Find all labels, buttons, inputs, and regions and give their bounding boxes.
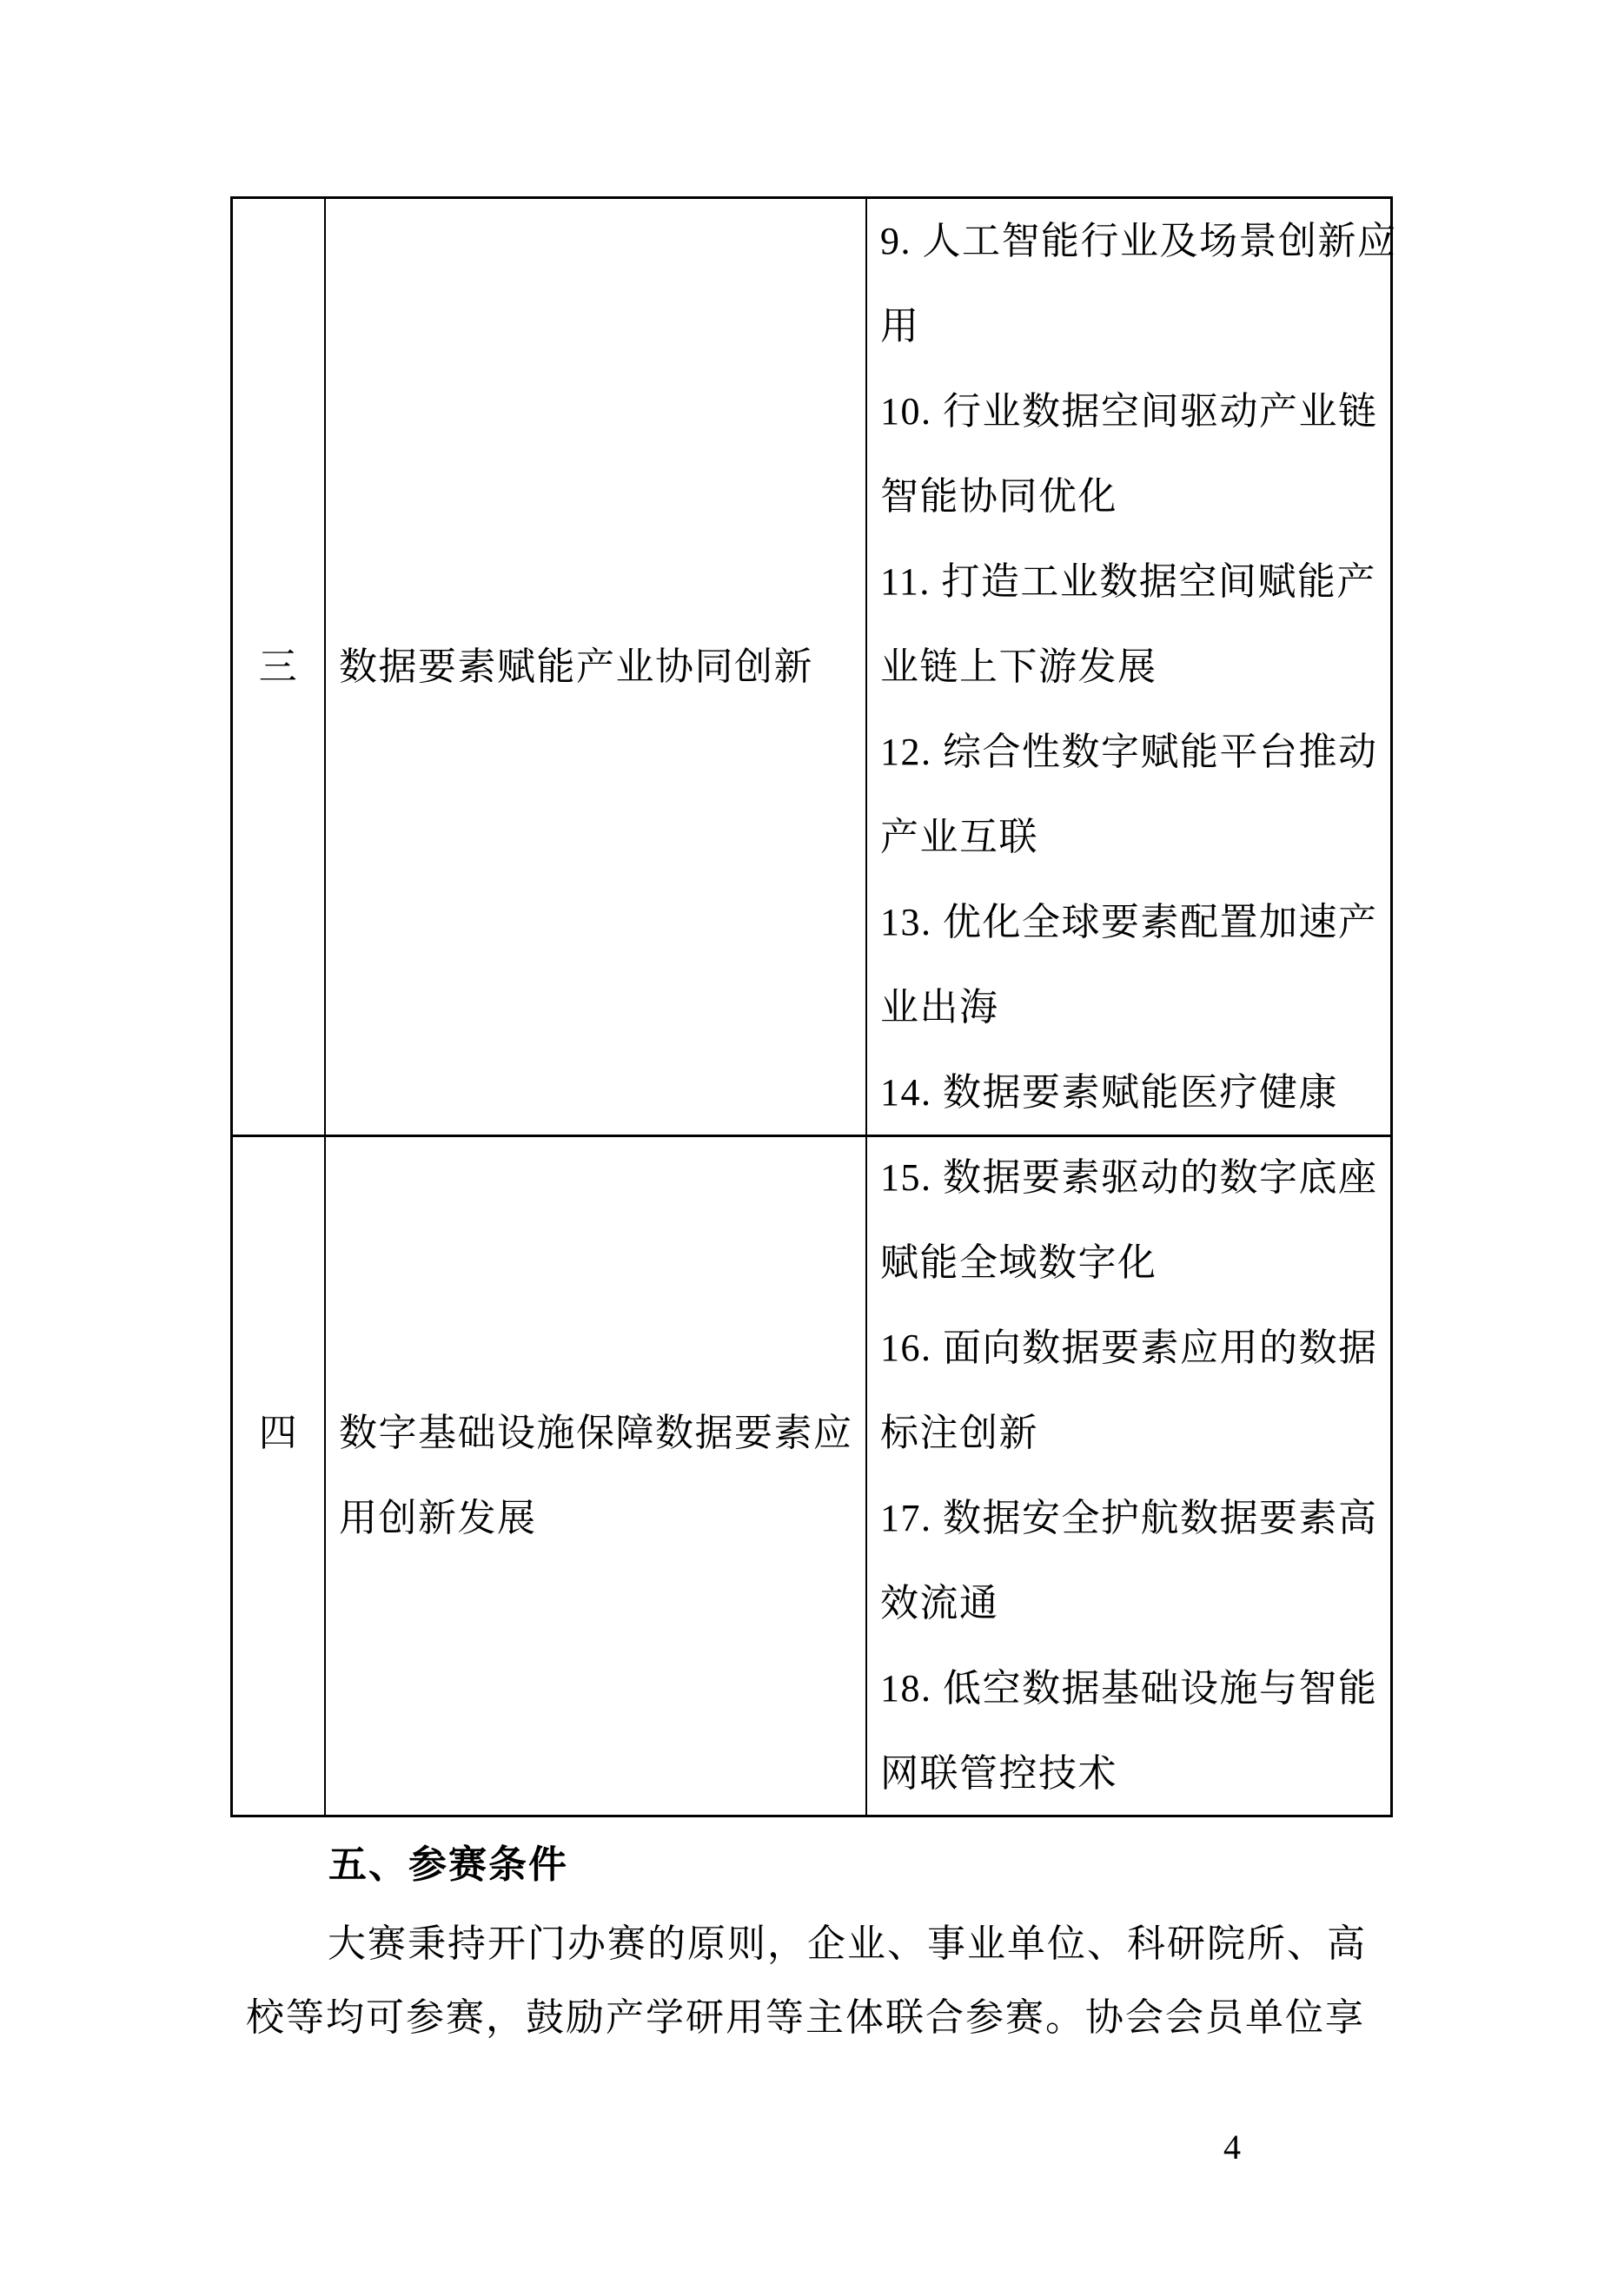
- row-index-cell: 三: [233, 199, 324, 1135]
- table-row: 三 数据要素赋能产业协同创新 9. 人工智能行业及场景创新应用10. 行业数据空…: [233, 199, 1390, 1135]
- text-line: 三: [233, 625, 324, 710]
- text-line: 14. 数据要素赋能医疗健康: [867, 1050, 1390, 1135]
- text-line: 数字基础设施保障数据要素应: [326, 1391, 865, 1476]
- text-line: 16. 面向数据要素应用的数据: [867, 1306, 1390, 1391]
- content-table: 三 数据要素赋能产业协同创新 9. 人工智能行业及场景创新应用10. 行业数据空…: [230, 196, 1393, 1817]
- text-line: 产业互联: [867, 795, 1390, 880]
- text-line: 数据要素赋能产业协同创新: [326, 625, 865, 710]
- category-cell: 数据要素赋能产业协同创新: [324, 199, 865, 1135]
- text-line: 校等均可参赛，鼓励产学研用等主体联合参赛。协会会员单位享: [246, 1981, 1384, 2054]
- text-line: 13. 优化全球要素配置加速产: [867, 880, 1390, 965]
- items-cell: 15. 数据要素驱动的数字底座赋能全域数字化16. 面向数据要素应用的数据标注创…: [865, 1137, 1390, 1815]
- text-line: 15. 数据要素驱动的数字底座: [867, 1135, 1390, 1221]
- text-line: [233, 1476, 324, 1561]
- text-line: 赋能全域数字化: [867, 1221, 1390, 1306]
- table-row: 四 数字基础设施保障数据要素应用创新发展 15. 数据要素驱动的数字底座赋能全域…: [233, 1135, 1390, 1815]
- text-line: 用: [867, 284, 1390, 369]
- document-page: 三 数据要素赋能产业协同创新 9. 人工智能行业及场景创新应用10. 行业数据空…: [0, 0, 1624, 2296]
- category-cell: 数字基础设施保障数据要素应用创新发展: [324, 1137, 865, 1815]
- text-line: 业链上下游发展: [867, 625, 1390, 710]
- body-paragraph: 大赛秉持开门办赛的原则，企业、事业单位、科研院所、高校等均可参赛，鼓励产学研用等…: [246, 1907, 1384, 2054]
- text-line: 18. 低空数据基础设施与智能: [867, 1646, 1390, 1731]
- items-cell: 9. 人工智能行业及场景创新应用10. 行业数据空间驱动产业链智能协同优化11.…: [865, 199, 1390, 1135]
- page-number: 4: [1223, 2128, 1241, 2167]
- section-heading: 五、参赛条件: [328, 1843, 568, 1887]
- text-line: 10. 行业数据空间驱动产业链: [867, 369, 1390, 454]
- text-line: 四: [233, 1391, 324, 1476]
- text-line: 标注创新: [867, 1391, 1390, 1476]
- text-line: 效流通: [867, 1561, 1390, 1646]
- text-line: 智能协同优化: [867, 454, 1390, 539]
- text-line: 用创新发展: [326, 1476, 865, 1561]
- text-line: 网联管控技术: [867, 1731, 1390, 1816]
- text-line: 业出海: [867, 965, 1390, 1050]
- row-index-cell: 四: [233, 1137, 324, 1815]
- text-line: 12. 综合性数字赋能平台推动: [867, 710, 1390, 795]
- text-line: 11. 打造工业数据空间赋能产: [867, 539, 1390, 625]
- text-line: 17. 数据安全护航数据要素高: [867, 1476, 1390, 1561]
- text-line: 大赛秉持开门办赛的原则，企业、事业单位、科研院所、高: [328, 1907, 1384, 1981]
- text-line: 9. 人工智能行业及场景创新应: [867, 199, 1390, 284]
